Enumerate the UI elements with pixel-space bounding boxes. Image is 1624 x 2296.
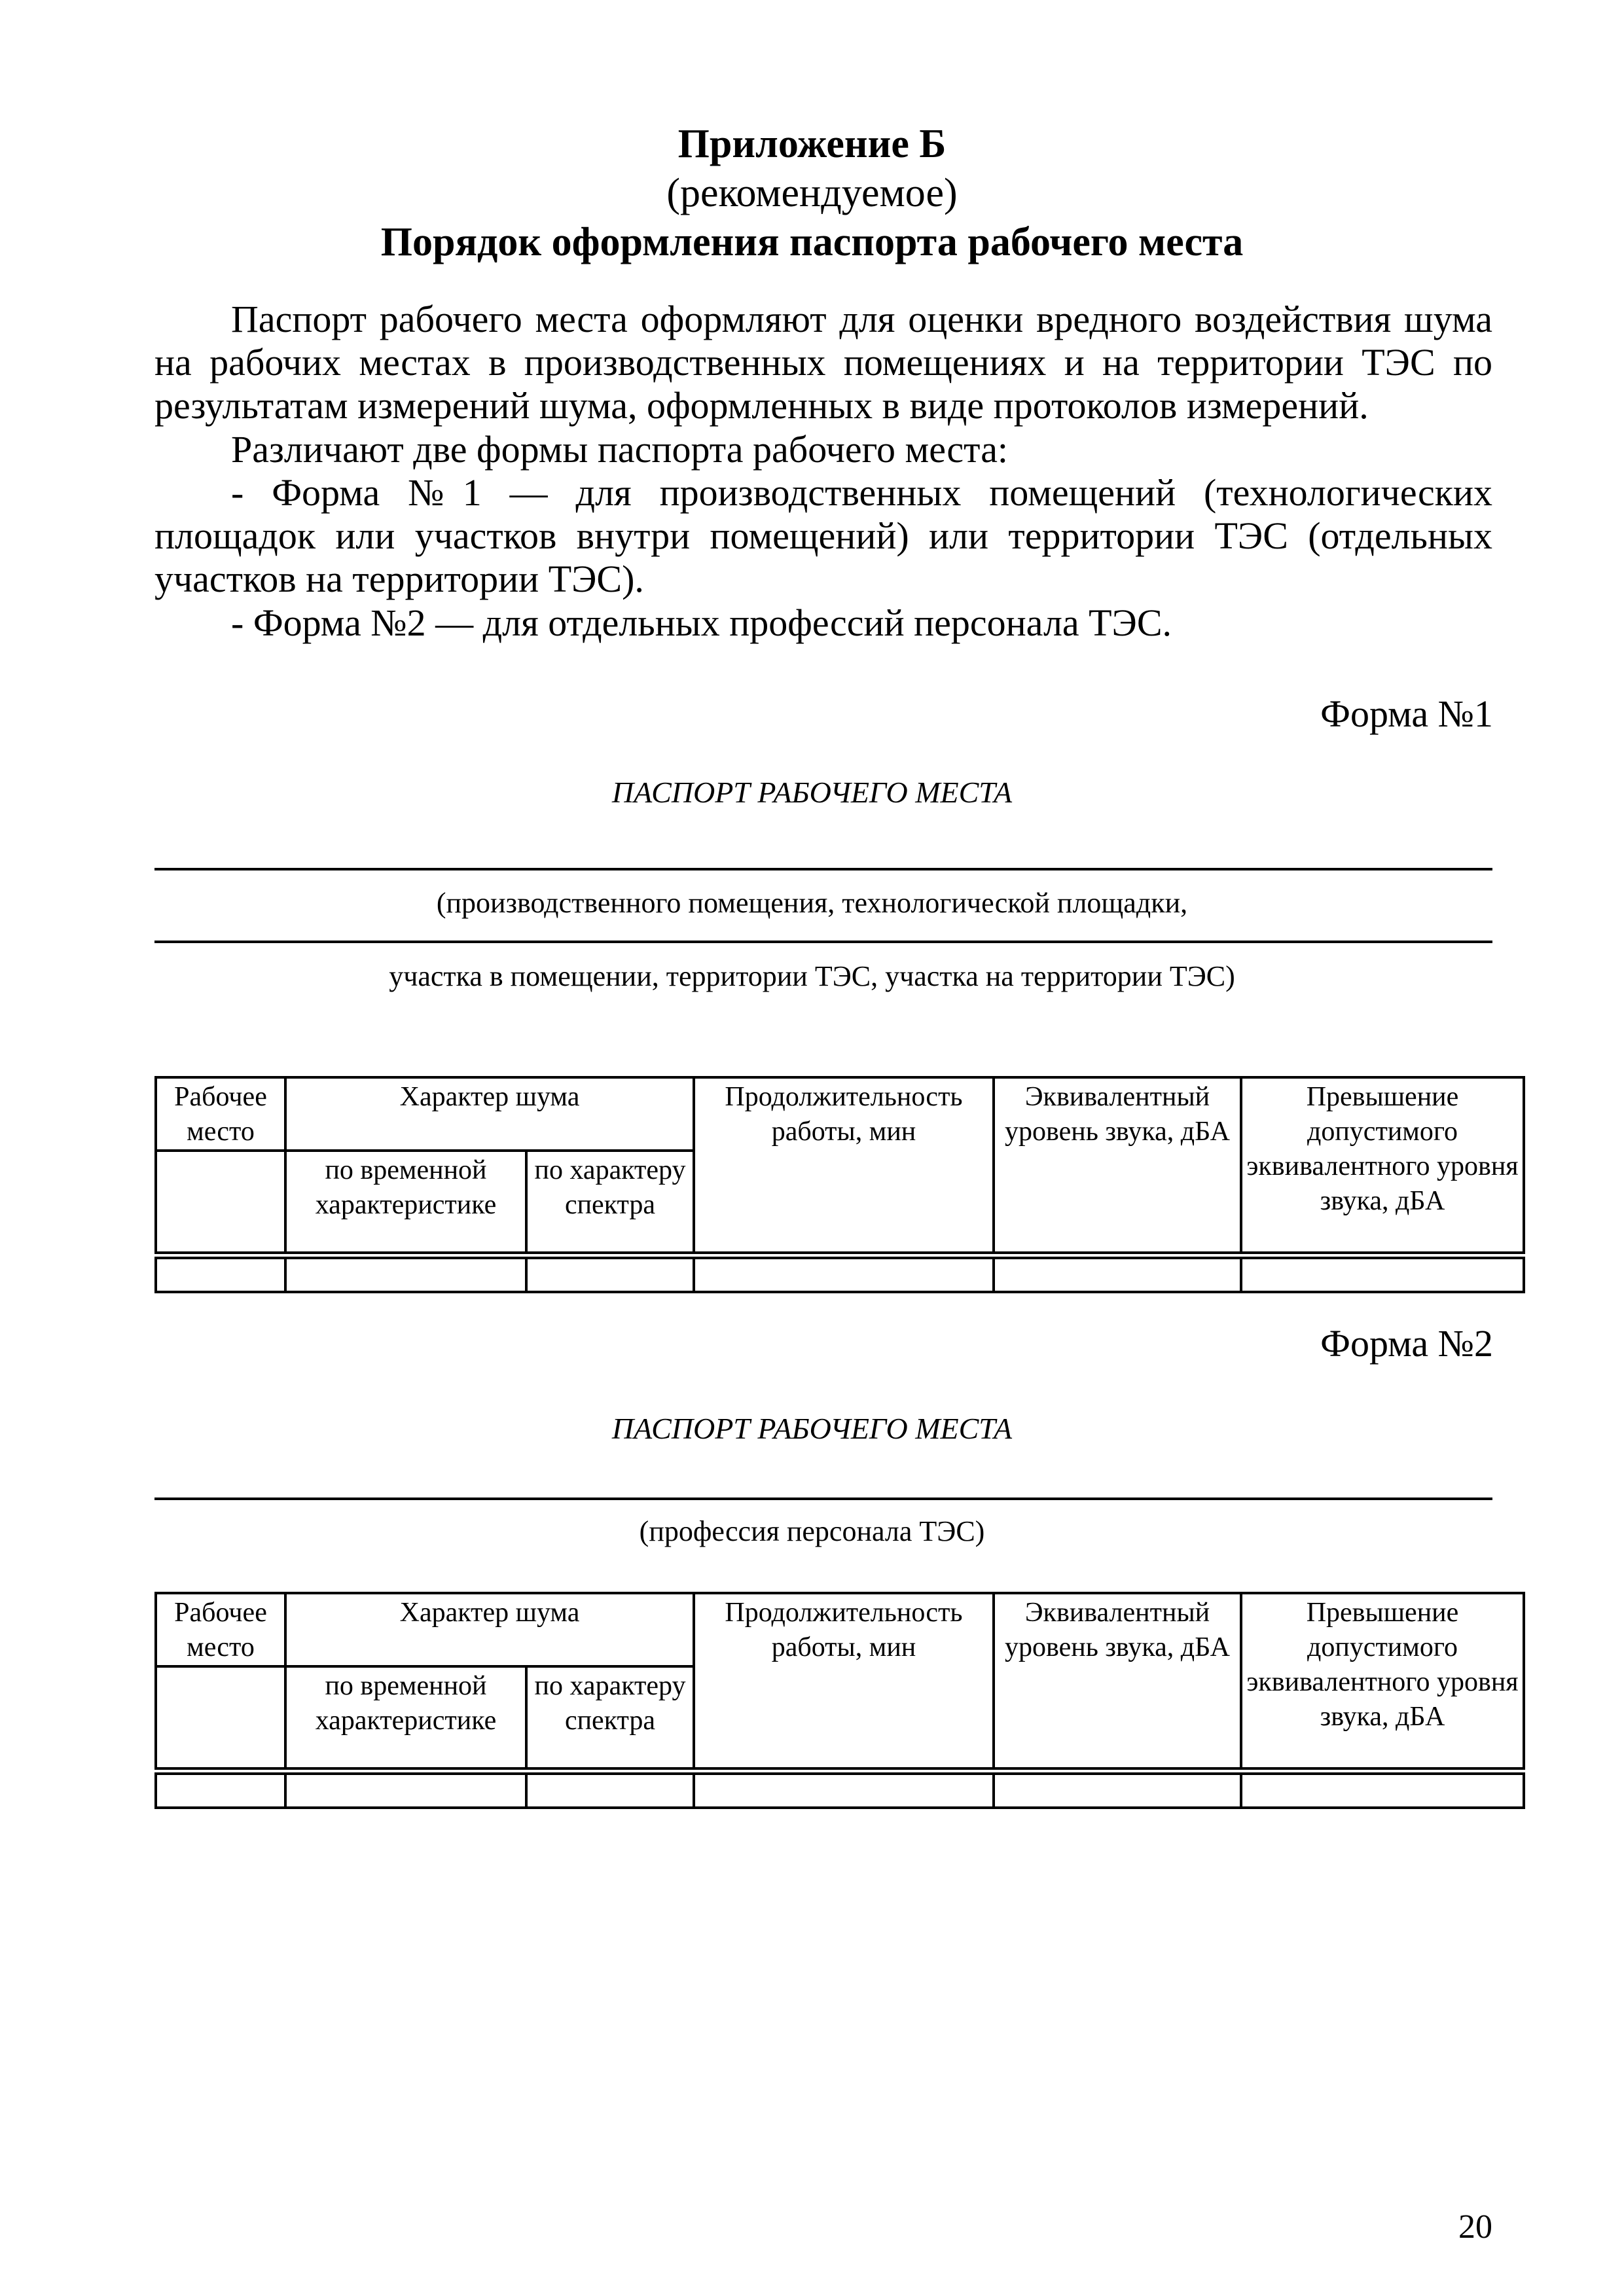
form1-fill-line-2[interactable]	[154, 941, 1492, 943]
page-title: Порядок оформления паспорта рабочего мес…	[0, 216, 1624, 268]
cell-equivalent-level[interactable]	[994, 1255, 1241, 1292]
paragraph-form2-description: - Форма №2 — для отдельных профессий пер…	[154, 601, 1492, 645]
header-duration: Продолжительность работы, мин	[694, 1077, 994, 1255]
header-workplace: Рабочее место	[156, 1077, 285, 1151]
subheader-time-characteristic: по временной характеристике	[285, 1151, 526, 1255]
paragraph-form1-description: - Форма №1 — для производственных помеще…	[154, 471, 1492, 601]
header-equivalent-level: Эквивалентный уровень звука, дБА	[994, 1593, 1241, 1771]
cell-spectrum-character[interactable]	[526, 1771, 694, 1808]
header-excess: Превышение допустимого эквивалентного ур…	[1241, 1593, 1524, 1771]
form2-fill-line[interactable]	[154, 1498, 1492, 1500]
header-noise-character: Характер шума	[285, 1593, 694, 1666]
subheader-time-characteristic: по временной характеристике	[285, 1666, 526, 1771]
appendix-heading: Приложение Б	[0, 118, 1624, 170]
cell-duration[interactable]	[694, 1255, 994, 1292]
header-duration: Продолжительность работы, мин	[694, 1593, 994, 1771]
form1-fill-line-1[interactable]	[154, 868, 1492, 870]
cell-excess[interactable]	[1241, 1255, 1524, 1292]
cell-excess[interactable]	[1241, 1771, 1524, 1808]
form2-caption: (профессия персонала ТЭС)	[0, 1513, 1624, 1550]
page-number: 20	[1458, 2208, 1492, 2247]
cell-spectrum-character[interactable]	[526, 1255, 694, 1292]
cell-workplace[interactable]	[156, 1255, 285, 1292]
header-noise-character: Характер шума	[285, 1077, 694, 1151]
form2-label: Форма №2	[1320, 1322, 1493, 1365]
header-equivalent-level: Эквивалентный уровень звука, дБА	[994, 1077, 1241, 1255]
cell-workplace[interactable]	[156, 1771, 285, 1808]
table-row	[156, 1255, 1524, 1292]
subheader-spectrum-character: по характеру спектра	[526, 1666, 694, 1771]
form1-caption-1: (производственного помещения, технологич…	[0, 885, 1624, 922]
header-workplace-blank	[156, 1151, 285, 1255]
form1-caption-2: участка в помещении, территории ТЭС, уча…	[0, 958, 1624, 995]
cell-duration[interactable]	[694, 1771, 994, 1808]
subheader-spectrum-character: по характеру спектра	[526, 1151, 694, 1255]
header-workplace: Рабочее место	[156, 1593, 285, 1666]
header-workplace-blank	[156, 1666, 285, 1771]
header-excess: Превышение допустимого эквивалентного ур…	[1241, 1077, 1524, 1255]
appendix-status: (рекомендуемое)	[0, 167, 1624, 219]
form2-table: Рабочее место Характер шума Продолжитель…	[154, 1592, 1525, 1809]
form1-title: ПАСПОРТ РАБОЧЕГО МЕСТА	[0, 774, 1624, 811]
cell-equivalent-level[interactable]	[994, 1771, 1241, 1808]
table-row	[156, 1771, 1524, 1808]
paragraph-forms-intro: Различают две формы паспорта рабочего ме…	[154, 428, 1492, 471]
paragraph-intro: Паспорт рабочего места оформляют для оце…	[154, 298, 1492, 427]
cell-time-characteristic[interactable]	[285, 1255, 526, 1292]
form2-title: ПАСПОРТ РАБОЧЕГО МЕСТА	[0, 1410, 1624, 1447]
form1-label: Форма №1	[1320, 692, 1493, 736]
cell-time-characteristic[interactable]	[285, 1771, 526, 1808]
document-page: Приложение Б (рекомендуемое) Порядок офо…	[0, 0, 1624, 2296]
form1-table: Рабочее место Характер шума Продолжитель…	[154, 1076, 1525, 1293]
